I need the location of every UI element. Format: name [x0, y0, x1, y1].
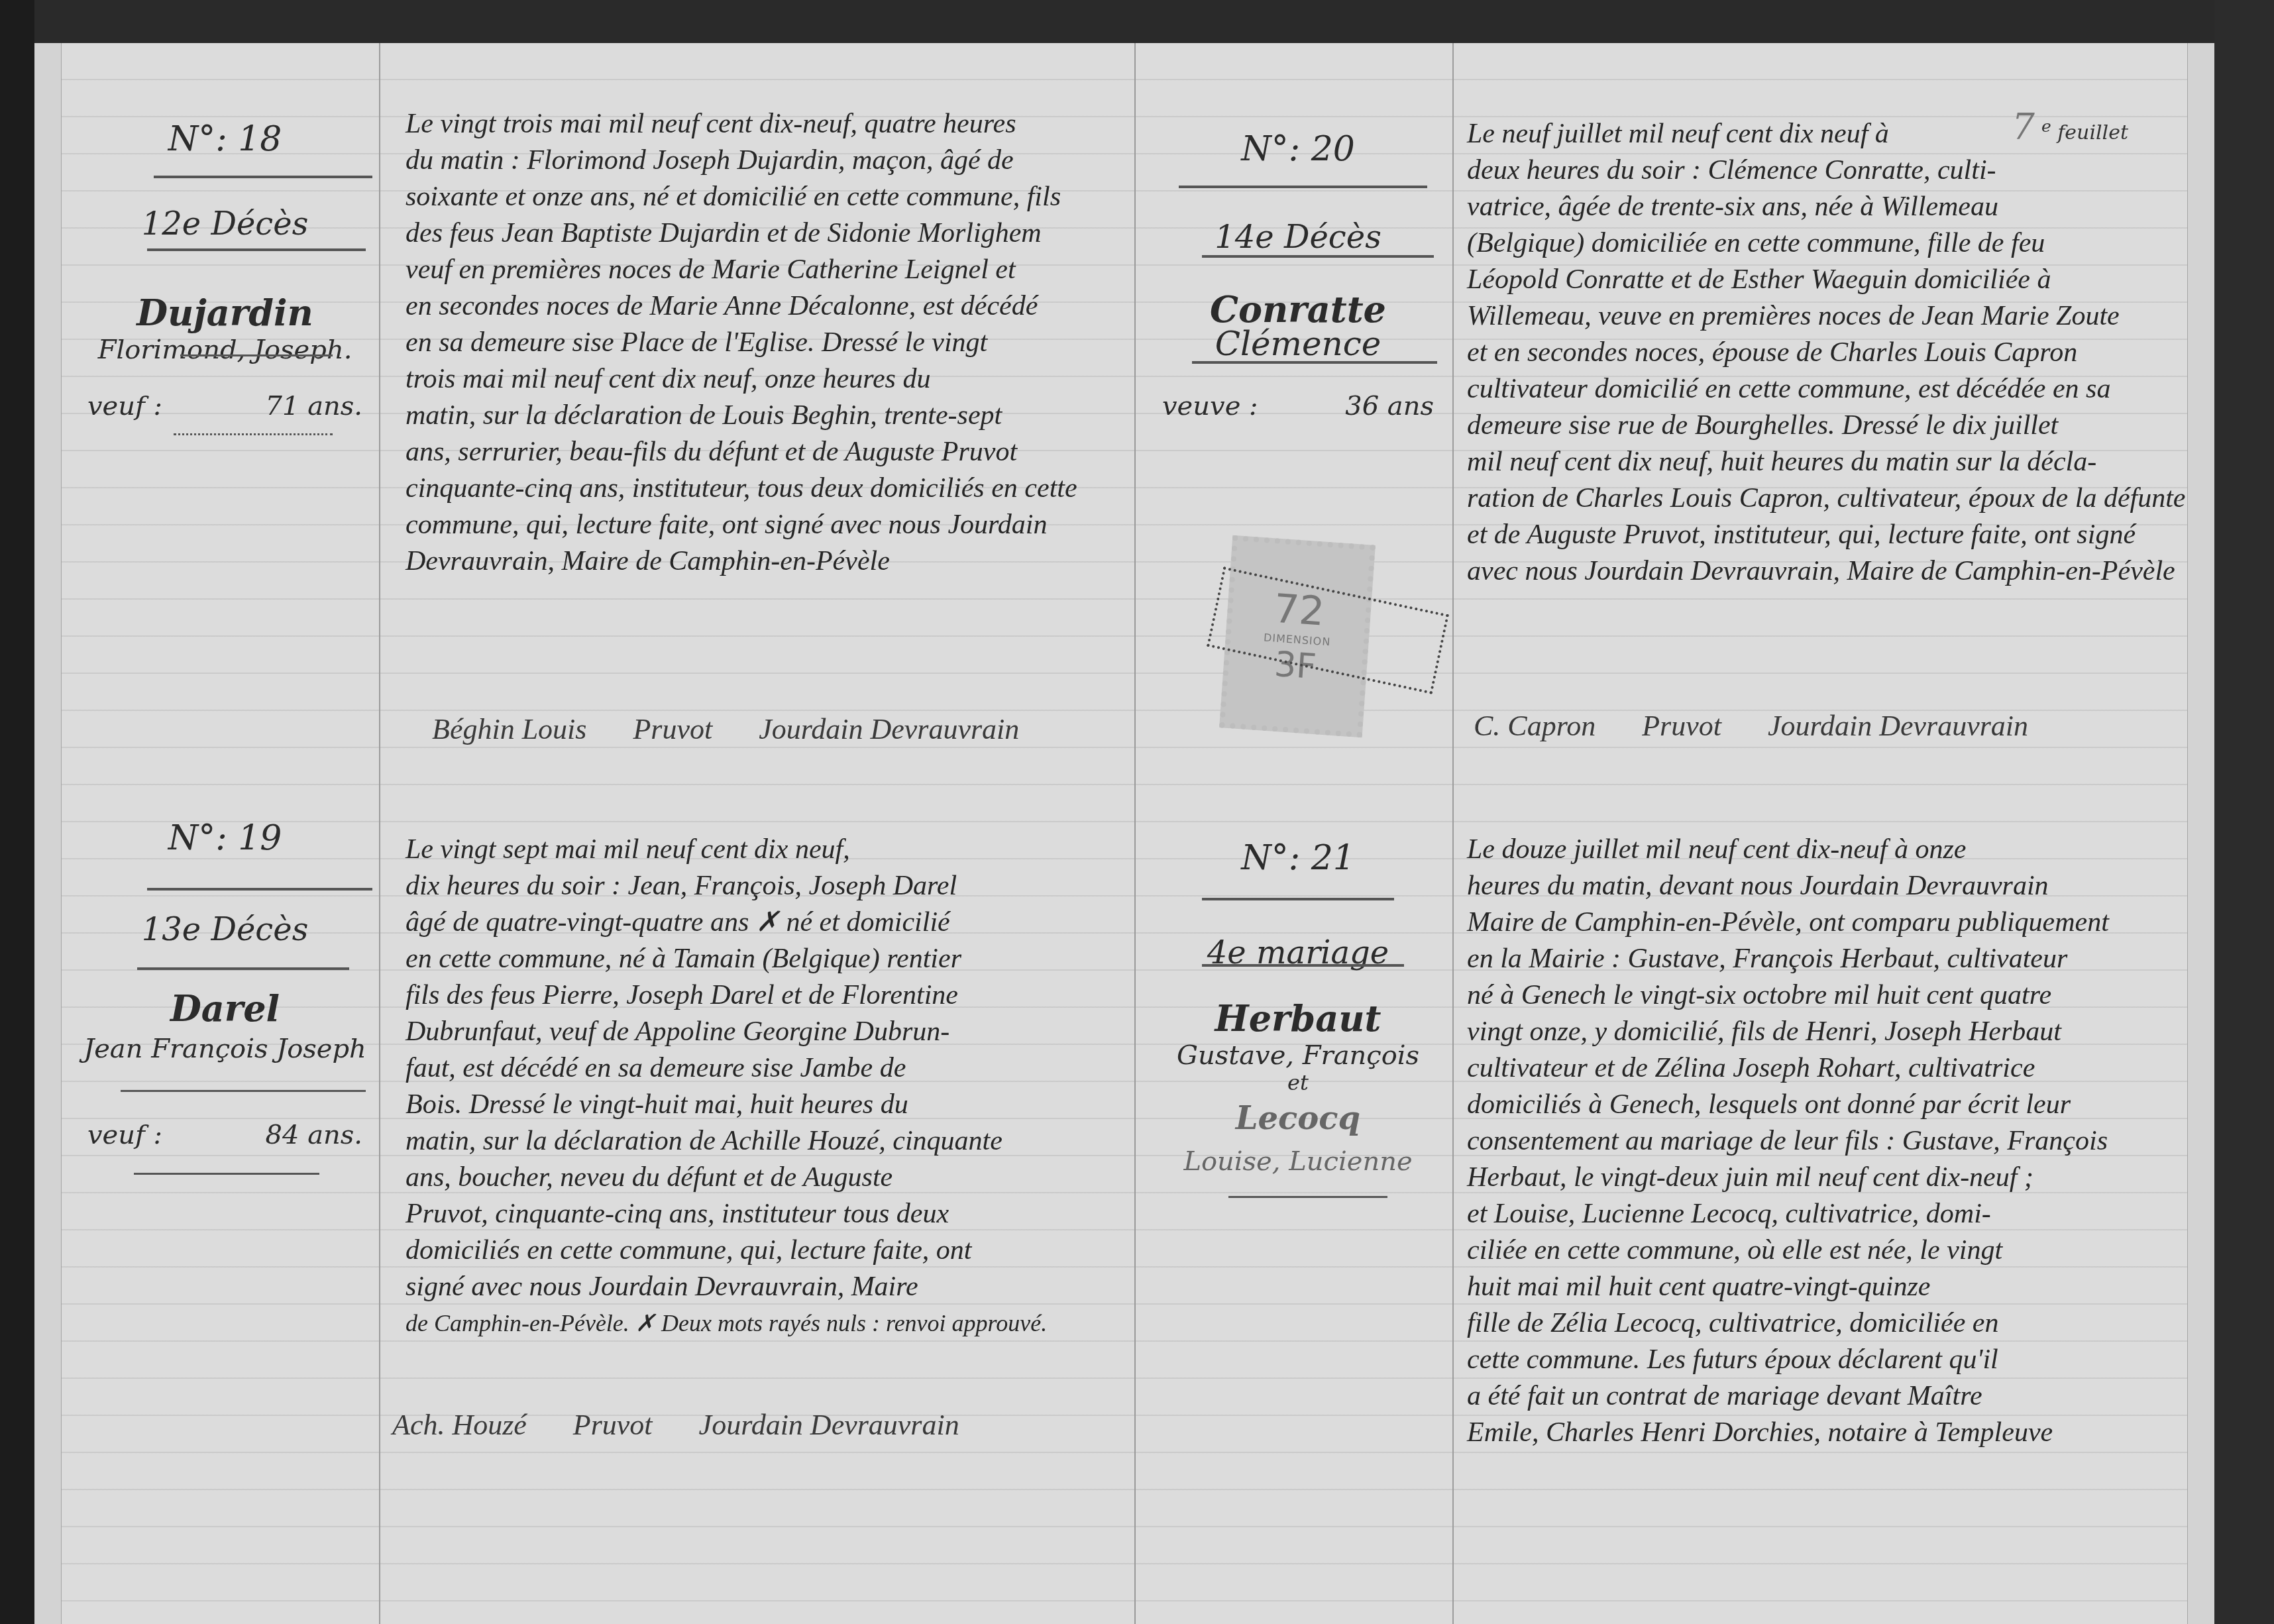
text-line: ration de Charles Louis Capron, cultivat…: [1467, 480, 2186, 517]
text-line: en la Mairie : Gustave, François Herbaut…: [1467, 941, 2109, 977]
entry-20-margin: N°: 20 14e Décès Conratte Clémence veuve…: [1149, 43, 1447, 507]
given-names: Jean François Joseph: [74, 1034, 376, 1064]
surname-2: Lecocq: [1149, 1100, 1447, 1137]
entry-number: N°: 19: [74, 818, 376, 858]
text-line: cette commune. Les futurs époux déclaren…: [1467, 1342, 2109, 1378]
text-line: né à Genech le vingt-six octobre mil hui…: [1467, 977, 2109, 1014]
divider: [147, 888, 372, 891]
text-line: Devrauvrain, Maire de Camphin-en-Pévèle: [406, 543, 1077, 580]
text-line: de Camphin-en-Pévèle. ✗ Deux mots rayés …: [406, 1305, 1047, 1342]
text-line: Le vingt trois mai mil neuf cent dix-neu…: [406, 106, 1077, 142]
text-line: soixante et onze ans, né et domicilié en…: [406, 179, 1077, 215]
margin-column-rule: [1452, 43, 1454, 1624]
given-names-2: Louise, Lucienne: [1149, 1146, 1447, 1177]
age: 71 ans.: [266, 391, 362, 421]
divider: [1202, 255, 1434, 258]
divider: [1202, 898, 1394, 900]
text-line: (Belgique) domiciliée en cette commune, …: [1467, 225, 2186, 262]
divider: [1228, 1196, 1387, 1198]
signature: Pruvot: [573, 1408, 653, 1442]
page-edge: [2187, 43, 2214, 1624]
divider: [1192, 361, 1437, 364]
divider: [154, 176, 372, 178]
civil-status-age: veuf : 84 ans.: [87, 1120, 362, 1150]
entry-19-text: Le vingt sept mai mil neuf cent dix neuf…: [406, 832, 1047, 1342]
text-line: consentement au mariage de leur fils : G…: [1467, 1123, 2109, 1160]
text-line: domiciliés en cette commune, qui, lectur…: [406, 1232, 1047, 1269]
text-line: mil neuf cent dix neuf, huit heures du m…: [1467, 444, 2186, 480]
text-line: du matin : Florimond Joseph Dujardin, ma…: [406, 142, 1077, 179]
text-line: trois mai mil neuf cent dix neuf, onze h…: [406, 361, 1077, 398]
divider: [1179, 186, 1427, 188]
text-line: heures du matin, devant nous Jourdain De…: [1467, 868, 2109, 904]
text-line: et en secondes noces, épouse de Charles …: [1467, 335, 2186, 371]
text-line: faut, est décédé en sa demeure sise Jamb…: [406, 1050, 1047, 1087]
text-line: et Louise, Lucienne Lecocq, cultivatrice…: [1467, 1196, 2109, 1232]
text-line: Herbaut, le vingt-deux juin mil neuf cen…: [1467, 1160, 2109, 1196]
act-type: 12e Décès: [74, 205, 376, 243]
text-line: avec nous Jourdain Devrauvrain, Maire de…: [1467, 553, 2186, 590]
entry-21-text: Le douze juillet mil neuf cent dix-neuf …: [1467, 832, 2109, 1451]
civil-status: veuf :: [87, 391, 162, 421]
divider: [1202, 964, 1404, 967]
text-line: Bois. Dressé le vingt-huit mai, huit heu…: [406, 1087, 1047, 1123]
text-line: signé avec nous Jourdain Devrauvrain, Ma…: [406, 1269, 1047, 1305]
entry-number: N°: 18: [74, 119, 376, 159]
text-line: fille de Zélia Lecocq, cultivatrice, dom…: [1467, 1305, 2109, 1342]
surname: Dujardin: [74, 292, 376, 334]
text-line: veuf en premières noces de Marie Catheri…: [406, 252, 1077, 288]
text-line: deux heures du soir : Clémence Conratte,…: [1467, 152, 2186, 189]
divider: [147, 248, 366, 251]
surname: Herbaut: [1149, 997, 1447, 1040]
surname: Darel: [74, 987, 376, 1030]
age: 36 ans: [1345, 391, 1434, 421]
entry-21-margin: N°: 21 4e mariage Herbaut Gustave, Franç…: [1149, 798, 1447, 1262]
divider: [121, 1090, 366, 1092]
text-line: Léopold Conratte et de Esther Waeguin do…: [1467, 262, 2186, 298]
text-line: demeure sise rue de Bourghelles. Dressé …: [1467, 407, 2186, 444]
right-page: 7e feuillet N°: 20 14e Décès Conratte Cl…: [1136, 43, 2214, 1624]
text-line: ans, boucher, neveu du défunt et de Augu…: [406, 1160, 1047, 1196]
entry-18-text: Le vingt trois mai mil neuf cent dix-neu…: [406, 106, 1077, 580]
text-line: ans, serrurier, beau-fils du défunt et d…: [406, 434, 1077, 470]
civil-status-age: veuf : 71 ans.: [87, 391, 362, 421]
text-line: en cette commune, né à Tamain (Belgique)…: [406, 941, 1047, 977]
book-binding-left: [0, 0, 34, 1624]
text-line: vatrice, âgée de trente-six ans, née à W…: [1467, 189, 2186, 225]
text-line: ciliée en cette commune, où elle est née…: [1467, 1232, 2109, 1269]
text-line: cinquante-cinq ans, instituteur, tous de…: [406, 470, 1077, 507]
signature: Jourdain Devrauvrain: [1768, 709, 2028, 743]
signature: Jourdain Devrauvrain: [759, 712, 1019, 746]
civil-status: veuve :: [1162, 391, 1258, 421]
text-line: des feus Jean Baptiste Dujardin et de Si…: [406, 215, 1077, 252]
text-line: a été fait un contrat de mariage devant …: [1467, 1378, 2109, 1415]
text-line: Maire de Camphin-en-Pévèle, ont comparu …: [1467, 904, 2109, 941]
entry-18-margin: N°: 18 12e Décès Dujardin Florimond, Jos…: [74, 43, 376, 706]
age: 84 ans.: [266, 1120, 362, 1150]
text-line: Le douze juillet mil neuf cent dix-neuf …: [1467, 832, 2109, 868]
text-line: Le neuf juillet mil neuf cent dix neuf à: [1467, 116, 2186, 152]
signature: C. Capron: [1474, 709, 1596, 743]
wavy-underline: [174, 431, 333, 435]
text-line: Le vingt sept mai mil neuf cent dix neuf…: [406, 832, 1047, 868]
act-type: 13e Décès: [74, 911, 376, 948]
text-line: cultivateur et de Zélina Joseph Rohart, …: [1467, 1050, 2109, 1087]
civil-status-age: veuve : 36 ans: [1162, 391, 1434, 421]
signature: Béghin Louis: [432, 712, 586, 746]
given-names: Florimond, Joseph.: [74, 335, 376, 365]
conjunction: et: [1149, 1070, 1447, 1095]
entry-18-signatures: Béghin Louis Pruvot Jourdain Devrauvrain: [432, 712, 1019, 746]
text-line: en sa demeure sise Place de l'Eglise. Dr…: [406, 325, 1077, 361]
entry-20-signatures: C. Capron Pruvot Jourdain Devrauvrain: [1474, 709, 2028, 743]
text-line: matin, sur la déclaration de Achille Hou…: [406, 1123, 1047, 1160]
text-line: âgé de quatre-vingt-quatre ans ✗ né et d…: [406, 904, 1047, 941]
civil-status: veuf :: [87, 1120, 162, 1150]
text-line: Pruvot, cinquante-cinq ans, instituteur …: [406, 1196, 1047, 1232]
text-line: Willemeau, veuve en premières noces de J…: [1467, 298, 2186, 335]
entry-20-text: Le neuf juillet mil neuf cent dix neuf à…: [1467, 116, 2186, 590]
entry-19-margin: N°: 19 13e Décès Darel Jean François Jos…: [74, 798, 376, 1395]
text-line: fils des feus Pierre, Joseph Darel et de…: [406, 977, 1047, 1014]
given-names: Clémence: [1149, 325, 1447, 363]
text-line: et de Auguste Pruvot, instituteur, qui, …: [1467, 517, 2186, 553]
signature: Ach. Houzé: [392, 1408, 527, 1442]
left-page: N°: 18 12e Décès Dujardin Florimond, Jos…: [34, 43, 1136, 1624]
divider: [180, 354, 333, 356]
given-names: Gustave, François: [1149, 1040, 1447, 1071]
text-line: Emile, Charles Henri Dorchies, notaire à…: [1467, 1415, 2109, 1451]
act-type: 14e Décès: [1149, 219, 1447, 256]
text-line: cultivateur domicilié en cette commune, …: [1467, 371, 2186, 407]
margin-column-rule: [379, 43, 380, 1624]
text-line: commune, qui, lecture faite, ont signé a…: [406, 507, 1077, 543]
text-line: Dubrunfaut, veuf de Appoline Georgine Du…: [406, 1014, 1047, 1050]
text-line: huit mai mil huit cent quatre-vingt-quin…: [1467, 1269, 2109, 1305]
page-edge: [34, 43, 62, 1624]
text-line: domiciliés à Genech, lesquels ont donné …: [1467, 1087, 2109, 1123]
entry-number: N°: 21: [1149, 838, 1447, 878]
signature: Pruvot: [633, 712, 712, 746]
text-line: dix heures du soir : Jean, François, Jos…: [406, 868, 1047, 904]
signature: Jourdain Devrauvrain: [699, 1408, 959, 1442]
book-binding-right: [2214, 0, 2274, 1624]
text-line: vingt onze, y domicilié, fils de Henri, …: [1467, 1014, 2109, 1050]
signature: Pruvot: [1642, 709, 1721, 743]
entry-number: N°: 20: [1149, 129, 1447, 169]
text-line: matin, sur la déclaration de Louis Beghi…: [406, 398, 1077, 434]
entry-19-signatures: Ach. Houzé Pruvot Jourdain Devrauvrain: [392, 1408, 959, 1442]
divider: [137, 967, 349, 970]
divider: [134, 1173, 319, 1175]
text-line: en secondes noces de Marie Anne Décalonn…: [406, 288, 1077, 325]
